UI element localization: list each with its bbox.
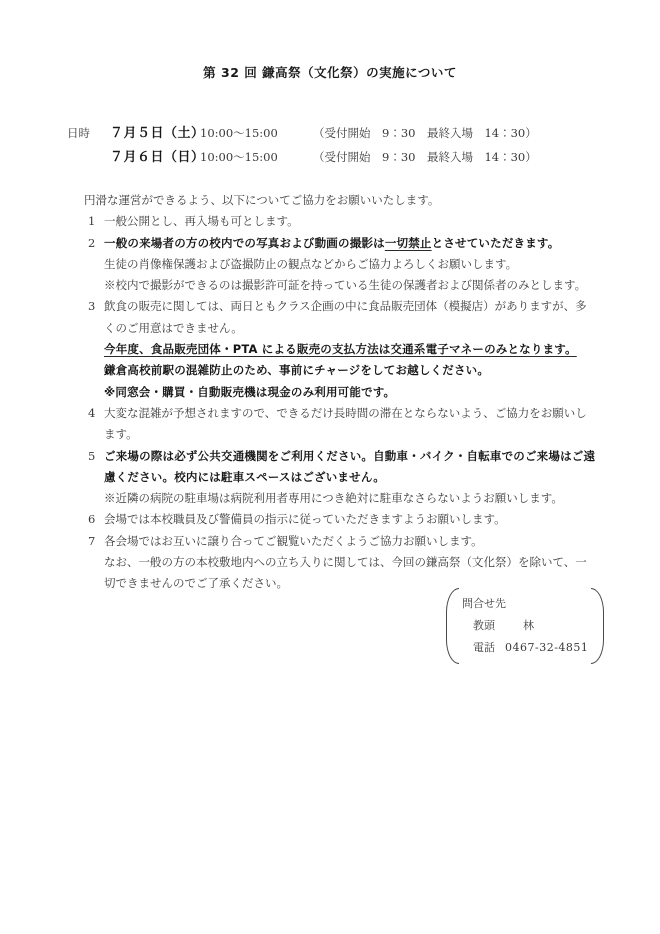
item-line: 各会場ではお互いに譲り合ってご観覧いただくようご協力お願いします。 bbox=[104, 531, 596, 552]
item-line: 飲食の販売に関しては、両日ともクラス企画の中に食品販売団体（模擬店）がありますが… bbox=[104, 296, 596, 339]
contact-bracket-left bbox=[446, 588, 459, 664]
item-number: 5 bbox=[88, 446, 104, 510]
contact-phone-label: 電話 bbox=[473, 641, 495, 654]
schedule-date: ７月６日（日） bbox=[110, 146, 200, 170]
item-number: 7 bbox=[88, 531, 104, 595]
item-body: 一般公開とし、再入場も可とします。 bbox=[104, 211, 596, 232]
contact-role: 教頭 bbox=[473, 619, 495, 632]
contact-phone-number: 0467-32-4851 bbox=[505, 641, 588, 654]
item-number: 3 bbox=[88, 296, 104, 402]
item-body: 一般の来場者の方の校内での写真および動画の撮影は一切禁止とさせていただきます。 … bbox=[104, 233, 596, 297]
schedule-block: 日時 ７月５日（土） 10:00～15:00 （受付開始 9：30 最終入場 1… bbox=[67, 122, 660, 169]
list-item-2: 2 一般の来場者の方の校内での写真および動画の撮影は一切禁止とさせていただきます… bbox=[88, 233, 596, 297]
schedule-note: （受付開始 9：30 最終入場 14：30） bbox=[313, 146, 537, 170]
item-number: 2 bbox=[88, 233, 104, 297]
document-page: 第 32 回 鎌高祭（文化祭）の実施について 日時 ７月５日（土） 10:00～… bbox=[0, 0, 660, 934]
bold-text: 一般の来場者の方の校内での写真および動画の撮影は bbox=[104, 236, 385, 250]
item-line: 一般公開とし、再入場も可とします。 bbox=[104, 211, 596, 232]
document-title: 第 32 回 鎌高祭（文化祭）の実施について bbox=[0, 0, 660, 81]
contact-box: 問合せ先 教頭林 電話0467-32-4851 bbox=[446, 588, 604, 664]
item-body: 大変な混雑が予想されますので、できるだけ長時間の滞在とならないよう、ご協力をお願… bbox=[104, 403, 596, 446]
item-line: 会場では本校職員及び警備員の指示に従っていただきますようお願いします。 bbox=[104, 509, 596, 530]
item-line: ※近隣の病院の駐車場は病院利用者専用につき絶対に駐車なさらないようお願いします。 bbox=[104, 488, 596, 509]
item-number: 1 bbox=[88, 211, 104, 232]
contact-name: 林 bbox=[523, 619, 534, 632]
schedule-date: ７月５日（土） bbox=[110, 122, 200, 146]
item-line-bold: ご来場の際は必ず公共交通機関をご利用ください。自動車・バイク・自転車でのご来場は… bbox=[104, 446, 596, 489]
schedule-time: 10:00～15:00 bbox=[200, 146, 313, 170]
schedule-row-day1: 日時 ７月５日（土） 10:00～15:00 （受付開始 9：30 最終入場 1… bbox=[67, 122, 660, 146]
list-item-1: 1 一般公開とし、再入場も可とします。 bbox=[88, 211, 596, 232]
list-item-3: 3 飲食の販売に関しては、両日ともクラス企画の中に食品販売団体（模擬店）がありま… bbox=[88, 296, 596, 402]
item-number: 6 bbox=[88, 509, 104, 530]
list-item-6: 6 会場では本校職員及び警備員の指示に従っていただきますようお願いします。 bbox=[88, 509, 596, 530]
item-line: 大変な混雑が予想されますので、できるだけ長時間の滞在とならないよう、ご協力をお願… bbox=[104, 403, 596, 446]
schedule-time: 10:00～15:00 bbox=[200, 122, 313, 146]
schedule-row-day2: ７月６日（日） 10:00～15:00 （受付開始 9：30 最終入場 14：3… bbox=[67, 146, 660, 170]
item-number: 4 bbox=[88, 403, 104, 446]
schedule-label: 日時 bbox=[67, 122, 110, 146]
intro-paragraph: 円滑な運営ができるよう、以下についてご協力をお願いいたします。 bbox=[84, 190, 660, 211]
underlined-text: 一切禁止 bbox=[385, 236, 432, 250]
schedule-note: （受付開始 9：30 最終入場 14：30） bbox=[313, 122, 537, 146]
item-line-bold-underlined: 今年度、食品販売団体・PTA による販売の支払方法は交通系電子マネーのみとなりま… bbox=[104, 339, 596, 360]
item-line: ※校内で撮影ができるのは撮影許可証を持っている生徒の保護者および関係者のみとしま… bbox=[104, 275, 596, 296]
item-line-bold: 鎌倉高校前駅の混雑防止のため、事前にチャージをしてお越しください。 bbox=[104, 360, 596, 381]
item-line-bold: ※同窓会・購買・自動販売機は現金のみ利用可能です。 bbox=[104, 382, 596, 403]
item-body: 飲食の販売に関しては、両日ともクラス企画の中に食品販売団体（模擬店）がありますが… bbox=[104, 296, 596, 402]
item-body: 会場では本校職員及び警備員の指示に従っていただきますようお願いします。 bbox=[104, 509, 596, 530]
item-line-bold: 一般の来場者の方の校内での写真および動画の撮影は一切禁止とさせていただきます。 bbox=[104, 233, 596, 254]
notice-list: 1 一般公開とし、再入場も可とします。 2 一般の来場者の方の校内での写真および… bbox=[88, 211, 596, 594]
item-line: 生徒の肖像権保護および盗撮防止の観点などからご協力よろしくお願いします。 bbox=[104, 254, 596, 275]
contact-heading: 問合せ先 bbox=[446, 588, 604, 615]
item-body: 各会場ではお互いに譲り合ってご観覧いただくようご協力お願いします。 なお、一般の… bbox=[104, 531, 596, 595]
list-item-5: 5 ご来場の際は必ず公共交通機関をご利用ください。自動車・バイク・自転車でのご来… bbox=[88, 446, 596, 510]
list-item-7: 7 各会場ではお互いに譲り合ってご観覧いただくようご協力お願いします。 なお、一… bbox=[88, 531, 596, 595]
contact-phone: 電話0467-32-4851 bbox=[446, 637, 604, 659]
item-body: ご来場の際は必ず公共交通機関をご利用ください。自動車・バイク・自転車でのご来場は… bbox=[104, 446, 596, 510]
list-item-4: 4 大変な混雑が予想されますので、できるだけ長時間の滞在とならないよう、ご協力を… bbox=[88, 403, 596, 446]
bold-text: とさせていただきます。 bbox=[432, 236, 560, 250]
contact-bracket-right bbox=[591, 588, 604, 664]
contact-person: 教頭林 bbox=[446, 615, 604, 637]
